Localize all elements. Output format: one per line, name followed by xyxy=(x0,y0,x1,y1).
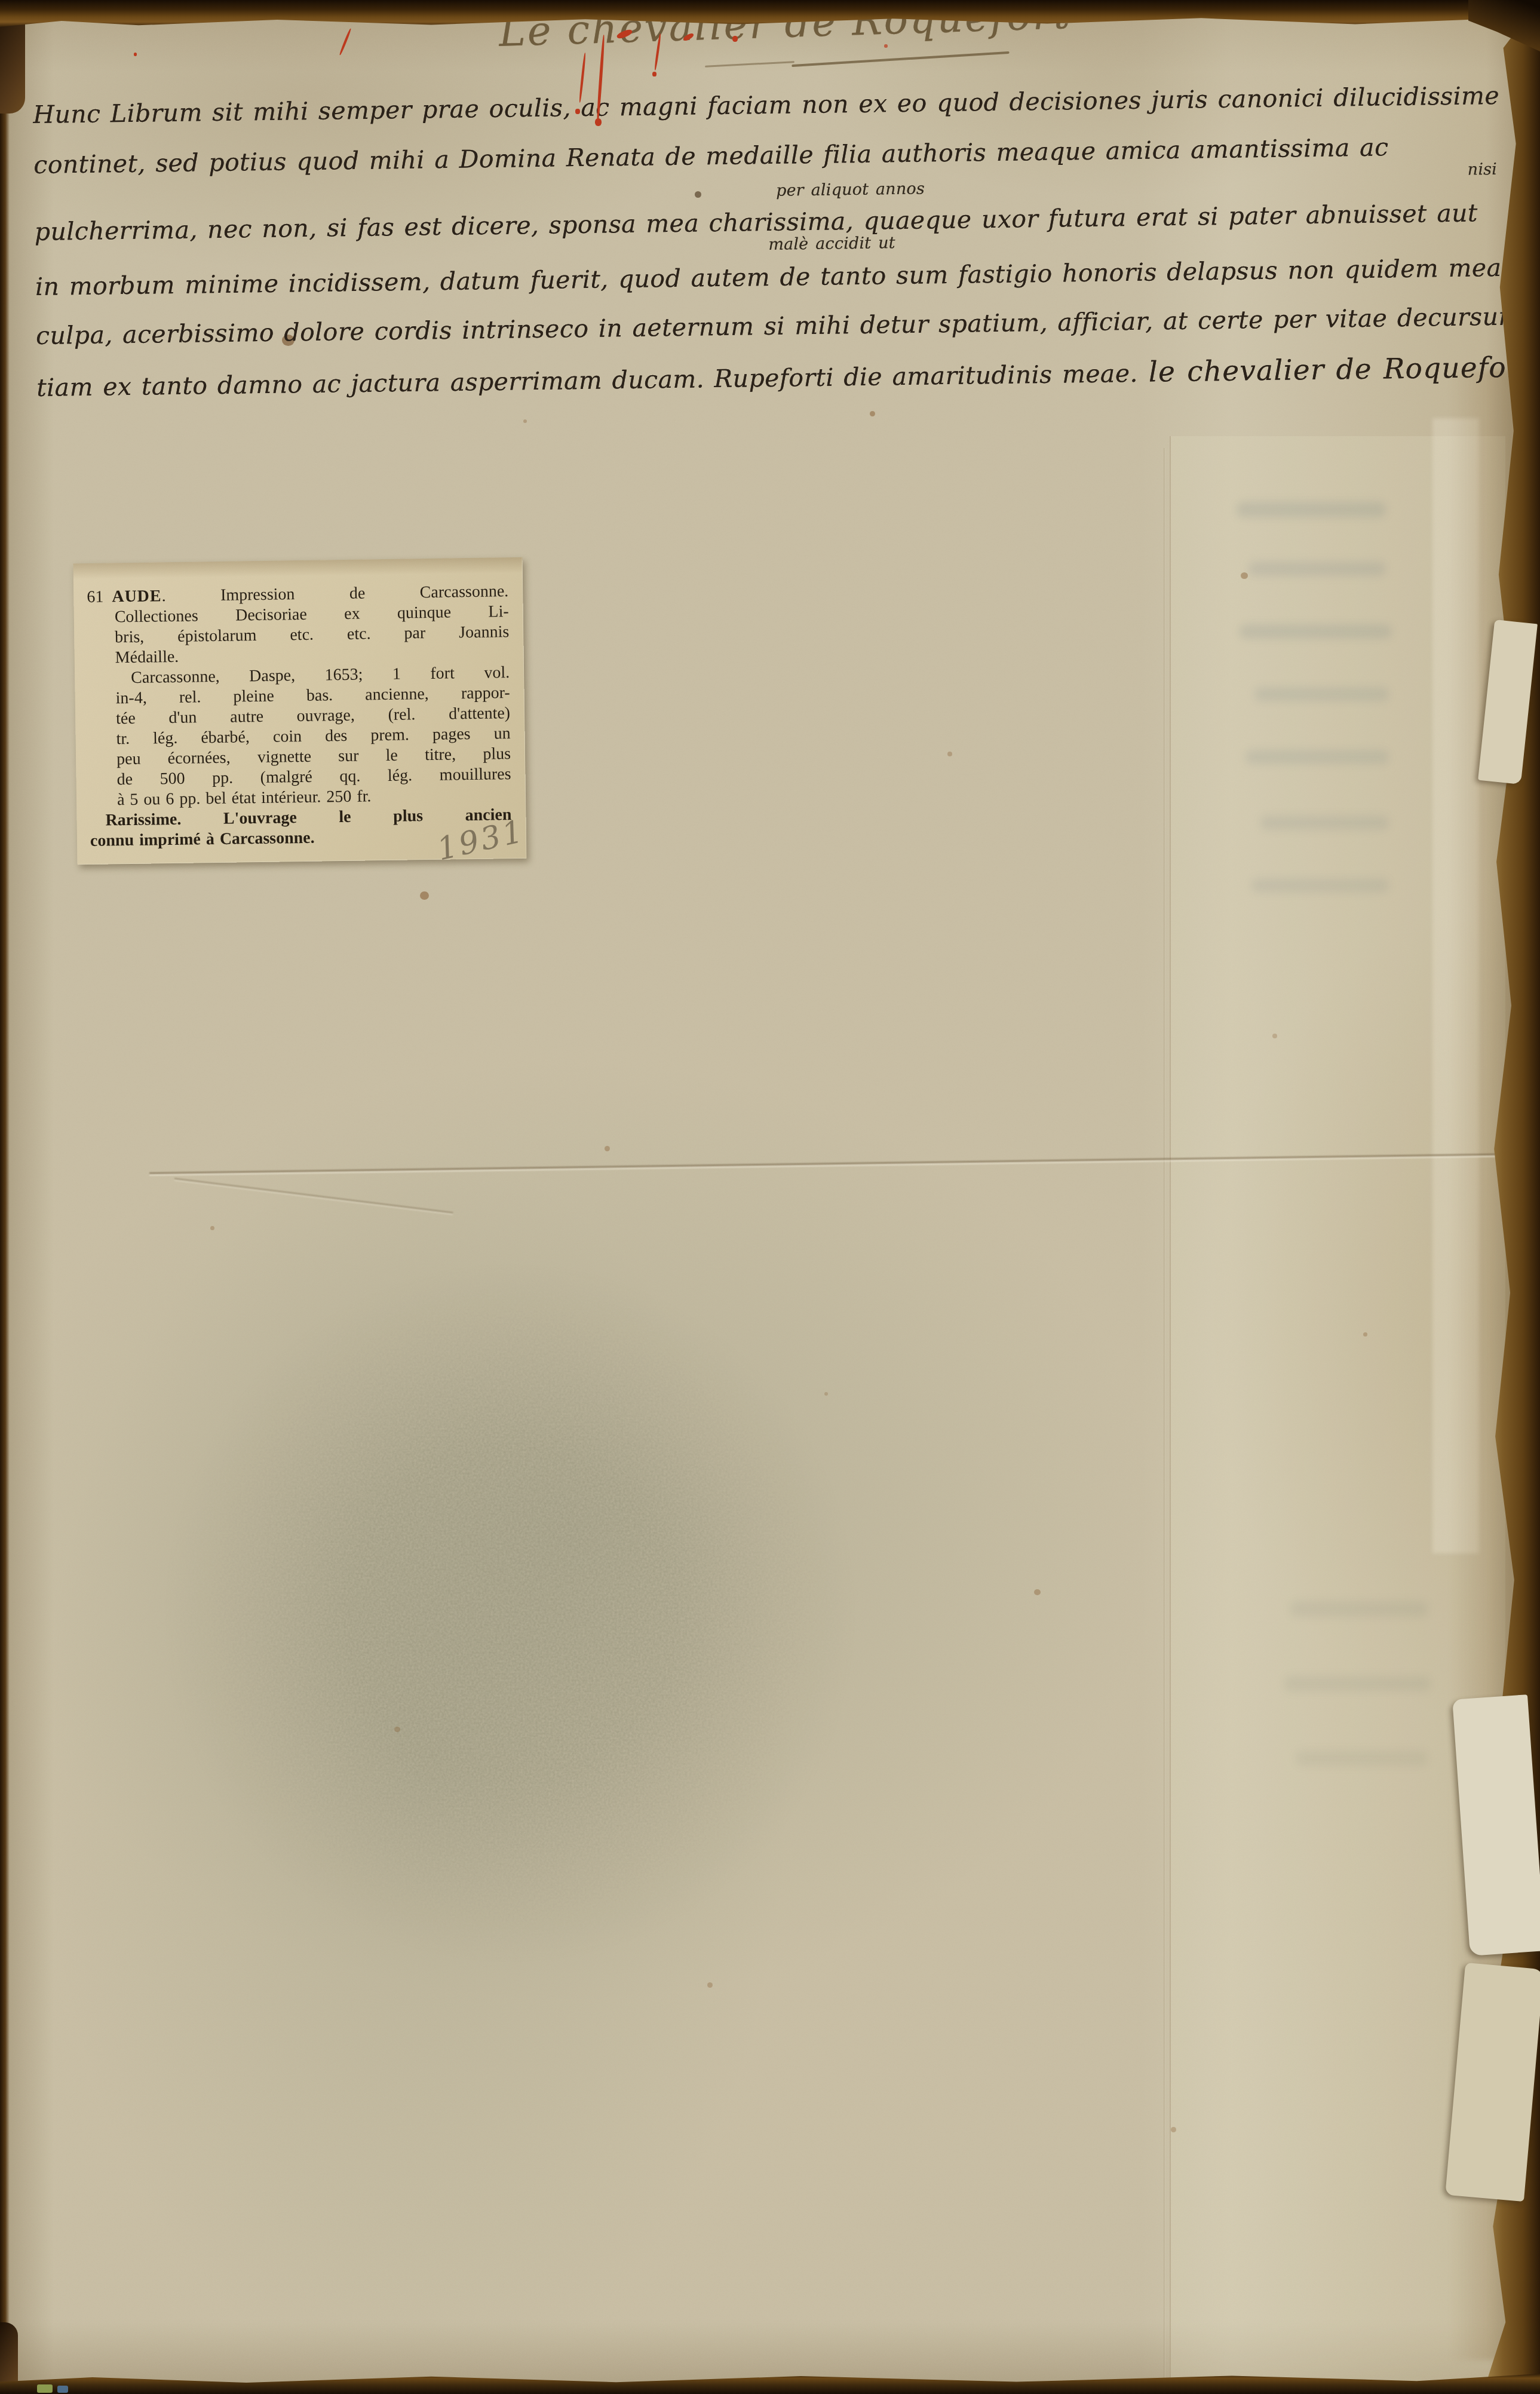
ghost-text-smudge xyxy=(1248,562,1386,576)
signature: le chevalier de Roquefort. xyxy=(1138,351,1540,389)
foxing-spot xyxy=(695,191,701,198)
manuscript-closing: tiam ex tanto damno ac jactura asperrima… xyxy=(36,359,1138,402)
interlinear-insertion: per aliquot annos xyxy=(776,179,925,200)
water-stain xyxy=(84,1099,1099,2127)
ghost-text-smudge xyxy=(1296,1751,1428,1766)
manuscript-line: Hunc Librum sit mihi semper prae oculis,… xyxy=(33,81,1499,129)
foxing-spot xyxy=(210,1226,214,1230)
manuscript-line: culpa, acerbissimo dolore cordis intrins… xyxy=(36,301,1540,350)
ghost-text-smudge xyxy=(1246,750,1389,764)
foxing-spot xyxy=(870,411,875,416)
vertical-fold xyxy=(1164,448,1165,2390)
book-flyleaf-scan: Le chevalier de Roquefort Hunc Librum si… xyxy=(0,0,1540,2394)
marbled-edge-fleck xyxy=(37,2384,53,2393)
ghost-text-smudge xyxy=(1260,816,1389,830)
title-underline-flourish xyxy=(705,61,794,68)
red-ink-drip xyxy=(652,72,657,76)
red-ink-drip xyxy=(575,109,580,114)
binding-left xyxy=(0,0,10,2394)
ghost-text-smudge xyxy=(1290,1601,1428,1617)
ghost-text-smudge xyxy=(1237,502,1386,517)
marbled-edge-fleck xyxy=(57,2386,68,2393)
manuscript-note: Hunc Librum sit mihi semper prae oculis,… xyxy=(33,81,1520,100)
interlinear-insertion: malè accidit ut xyxy=(768,234,895,254)
ghost-text-smudge xyxy=(1240,624,1392,639)
foxing-spot xyxy=(1034,1589,1041,1595)
foxing-spot xyxy=(1272,1034,1277,1038)
red-ink-dot xyxy=(134,53,137,56)
horizontal-crease xyxy=(149,1153,1535,1176)
foxing-spot xyxy=(394,1727,400,1732)
foxing-spot xyxy=(420,891,429,900)
binding-top-right-corner xyxy=(1468,0,1540,51)
foxing-spot xyxy=(947,752,952,756)
manuscript-line: in morbum minime incidissem, datum fueri… xyxy=(35,253,1502,301)
manuscript-line: tiam ex tanto damno ac jactura asperrima… xyxy=(36,351,1540,403)
clipping-region: AUDE xyxy=(112,587,162,606)
manuscript-line: pulcherrima, nec non, si fas est dicere,… xyxy=(35,198,1478,246)
red-ink-dot xyxy=(884,44,888,48)
binding-bottom xyxy=(0,2374,1540,2394)
red-ink-dot xyxy=(732,36,738,42)
title-underline-flourish xyxy=(792,51,1010,67)
ghost-text-smudge xyxy=(1254,687,1389,701)
foxing-spot xyxy=(523,419,527,423)
ghost-text-smudge xyxy=(1251,878,1389,893)
foxing-spot xyxy=(1363,1332,1367,1337)
foxing-spot xyxy=(1171,2127,1176,2132)
manuscript-line: continet, sed potius quod mihi a Domina … xyxy=(33,133,1389,179)
red-ink-mark xyxy=(339,28,352,56)
clipping-entry-number: 61 xyxy=(87,588,103,606)
red-ink-drip xyxy=(595,118,602,126)
foxing-spot xyxy=(707,1982,713,1988)
catalog-clipping: 61AUDE. Impression de Carcassonne. Colle… xyxy=(73,557,527,865)
crease-fork xyxy=(174,1178,453,1215)
ghost-text-smudge xyxy=(1284,1676,1431,1691)
interlinear-insertion: nisi xyxy=(1468,160,1498,179)
foxing-spot xyxy=(1241,572,1248,579)
foxing-spot xyxy=(824,1392,828,1396)
foxing-spot xyxy=(605,1146,610,1151)
